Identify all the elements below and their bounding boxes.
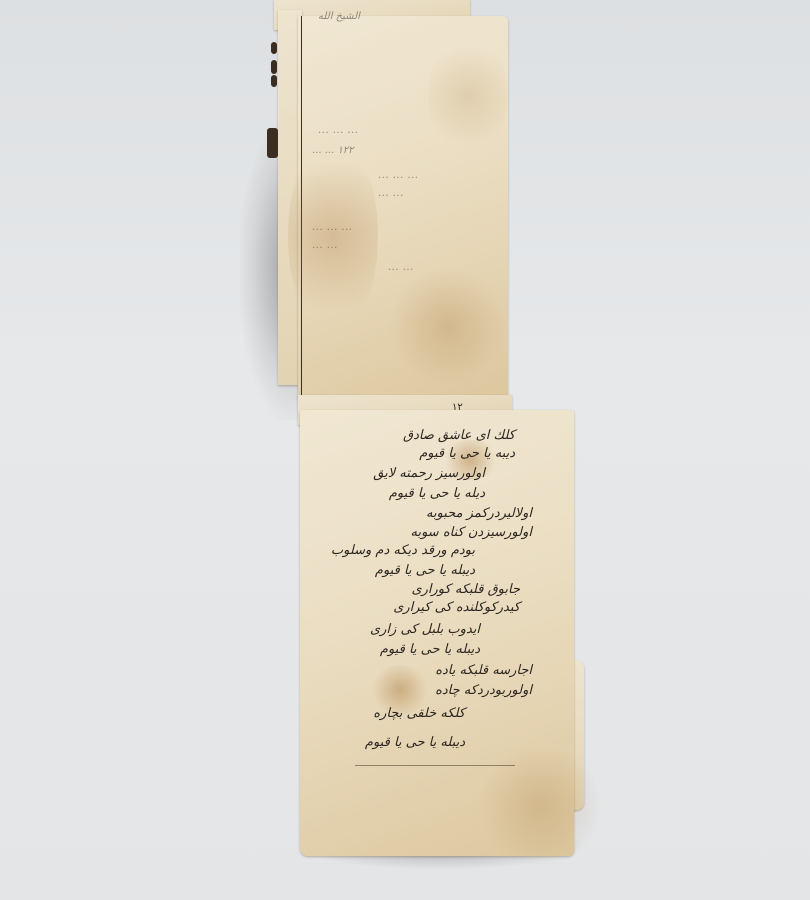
manuscript-line: اولوربودردكه چاده bbox=[435, 683, 532, 698]
manuscript-line: ديبله يا حى يا قيوم bbox=[375, 563, 475, 578]
manuscript-line: جابوق قلبكه كورارى bbox=[411, 582, 520, 597]
water-stain bbox=[480, 740, 600, 870]
manuscript-line: كلكه خلقى بچاره bbox=[373, 706, 465, 721]
manuscript-line: ديبله يا حى يا قيوم bbox=[380, 642, 480, 657]
faded-line: ... ... ... bbox=[312, 222, 352, 233]
manuscript-line: ديله يا حى يا قيوم bbox=[389, 486, 485, 501]
manuscript-line: اولورسيز رحمته لايق bbox=[373, 466, 485, 481]
faded-line: ١٢٢ ... ... bbox=[312, 145, 354, 156]
faded-line: ... ... bbox=[312, 240, 338, 251]
binding-clasp bbox=[271, 75, 277, 87]
water-stain bbox=[288, 136, 378, 336]
manuscript-line: كلك اى عاشق صادق bbox=[403, 428, 515, 443]
manuscript-line: بودم ورقد ديكه دم وسلوب bbox=[331, 543, 475, 558]
faded-line: ... ... ... bbox=[378, 170, 418, 181]
faded-line: ... ... bbox=[388, 262, 414, 273]
manuscript-line: اولاليردركمز محبوبه bbox=[426, 506, 532, 521]
water-stain bbox=[388, 266, 508, 386]
binding-clasp bbox=[271, 60, 277, 74]
manuscript-line: كيدركوكلنده كى كيرارى bbox=[393, 600, 520, 615]
manuscript-line: اولورسيزدن كناه سوبه bbox=[410, 525, 532, 540]
manuscript-line: ديبله يا حى يا قيوم bbox=[365, 735, 465, 750]
faded-line: ... ... ... bbox=[318, 125, 358, 136]
manuscript-line: ايدوب بلبل كى زارى bbox=[370, 622, 480, 637]
manuscript-line: اجارسه قلبكه ياده bbox=[435, 663, 532, 678]
ruled-line bbox=[355, 765, 515, 766]
binding-clasp bbox=[271, 42, 277, 54]
manuscript-line: ديبه يا حى يا قيوم bbox=[419, 446, 515, 461]
page-number: ١٢ bbox=[452, 402, 463, 413]
faded-line: ... ... bbox=[378, 188, 404, 199]
header-text: الشيخ الله bbox=[318, 11, 360, 22]
manuscript-upper-page bbox=[298, 16, 508, 398]
binding-clasp bbox=[267, 128, 278, 158]
water-stain bbox=[428, 36, 508, 156]
